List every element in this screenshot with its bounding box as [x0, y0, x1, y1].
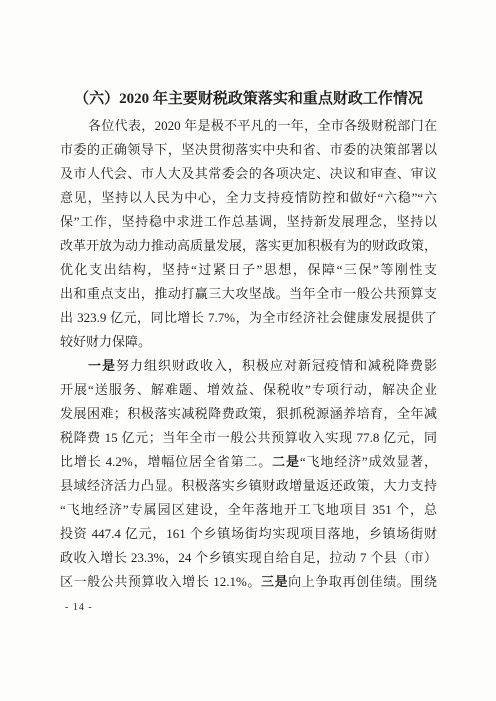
- body-line: 出 323.9 亿元，同比增长 7.7%，为全市经济社会健康发展提供了: [60, 306, 437, 330]
- text-segment: 发展困难；积极落实减税降费政策，狠抓税源涵养培育，全年减: [60, 406, 437, 421]
- bold-marker: 二是: [272, 454, 300, 469]
- page-number: - 14 -: [65, 601, 93, 615]
- body-line: 保”工作，坚持稳中求进工作总基调，坚持新发展理念，坚持以: [60, 210, 437, 234]
- body-line: 投资 447.4 亿元，161 个乡镇场街均实现项目落地，乡镇场街财: [60, 522, 437, 546]
- body-line: 一是努力组织财政收入，积极应对新冠疫情和减税降费影响。: [60, 354, 437, 378]
- body-line: 开展“送服务、解难题、增效益、保税收”专项行动，解决企业: [60, 378, 437, 402]
- text-segment: 保”工作，坚持稳中求进工作总基调，坚持新发展理念，坚持以: [60, 214, 437, 229]
- text-segment: 及市人代会、市人大及其常委会的各项决定、决议和审查、审议: [60, 166, 437, 181]
- body-line: 县域经济活力凸显。积极落实乡镇财政增量返还政策，大力支持: [60, 474, 437, 498]
- text-segment: “飞地经济”专属园区建设，全年落地开工飞地项目 351 个，总: [60, 502, 437, 517]
- text-segment: 努力组织财政收入，积极应对新冠疫情和减税降费影响。: [88, 358, 437, 378]
- body-line: 改革开放为动力推动高质量发展，落实更加积极有为的财政政策，: [60, 234, 437, 258]
- document-title: （六）2020 年主要财税政策落实和重点财政工作情况: [60, 86, 437, 112]
- body-line: 意见，坚持以人民为中心，全力支持疫情防控和做好“六稳”“六: [60, 186, 437, 210]
- body-line: 市委的正确领导下，坚决贯彻落实中央和省、市委的决策部署以: [60, 138, 437, 162]
- body-line: 较好财力保障。: [60, 330, 437, 354]
- body-line: 税降费 15 亿元；当年全市一般公共预算收入实现 77.8 亿元，同: [60, 426, 437, 450]
- text-segment: “飞地经济”成效显著，: [300, 454, 437, 469]
- text-segment: 出和重点支出，推动打赢三大攻坚战。当年全市一般公共预算支: [60, 286, 437, 301]
- body-text: 各位代表，2020 年是极不平凡的一年，全市各级财税部门在市委的正确领导下，坚决…: [60, 114, 437, 594]
- text-segment: 出 323.9 亿元，同比增长 7.7%，为全市经济社会健康发展提供了: [60, 310, 437, 325]
- text-segment: 意见，坚持以人民为中心，全力支持疫情防控和做好“六稳”“六: [60, 190, 437, 205]
- text-segment: 较好财力保障。: [60, 334, 151, 349]
- body-line: 发展困难；积极落实减税降费政策，狠抓税源涵养培育，全年减: [60, 402, 437, 426]
- text-segment: 比增长 4.2%，增幅位居全省第二。: [60, 454, 272, 469]
- text-segment: 优化支出结构，坚持“过紧日子”思想，保障“三保”等刚性支: [60, 262, 437, 277]
- body-line: 区一般公共预算收入增长 12.1%。三是向上争取再创佳绩。围绕: [60, 570, 437, 594]
- text-segment: 区一般公共预算收入增长 12.1%。: [60, 574, 261, 589]
- text-segment: 县域经济活力凸显。积极落实乡镇财政增量返还政策，大力支持: [60, 478, 437, 493]
- text-segment: 向上争取再创佳绩。围绕: [288, 574, 437, 589]
- text-segment: 市委的正确领导下，坚决贯彻落实中央和省、市委的决策部署以: [60, 142, 437, 157]
- body-line: 及市人代会、市人大及其常委会的各项决定、决议和审查、审议: [60, 162, 437, 186]
- text-segment: 投资 447.4 亿元，161 个乡镇场街均实现项目落地，乡镇场街财: [60, 526, 437, 541]
- text-segment: 开展“送服务、解难题、增效益、保税收”专项行动，解决企业: [60, 382, 437, 397]
- body-line: 优化支出结构，坚持“过紧日子”思想，保障“三保”等刚性支: [60, 258, 437, 282]
- body-line: “飞地经济”专属园区建设，全年落地开工飞地项目 351 个，总: [60, 498, 437, 522]
- body-line: 出和重点支出，推动打赢三大攻坚战。当年全市一般公共预算支: [60, 282, 437, 306]
- document-page: （六）2020 年主要财税政策落实和重点财政工作情况 各位代表，2020 年是极…: [0, 0, 496, 701]
- bold-marker: 一是: [88, 358, 116, 373]
- text-segment: 改革开放为动力推动高质量发展，落实更加积极有为的财政政策，: [60, 238, 437, 253]
- text-segment: 各位代表，2020 年是极不平凡的一年，全市各级财税部门在: [88, 118, 437, 133]
- body-line: 各位代表，2020 年是极不平凡的一年，全市各级财税部门在: [60, 114, 437, 138]
- bold-marker: 三是: [261, 574, 288, 589]
- body-line: 政收入增长 23.3%，24 个乡镇实现自给自足，拉动 7 个县（市）: [60, 546, 437, 570]
- text-segment: 税降费 15 亿元；当年全市一般公共预算收入实现 77.8 亿元，同: [60, 430, 437, 445]
- text-segment: 政收入增长 23.3%，24 个乡镇实现自给自足，拉动 7 个县（市）: [60, 550, 437, 565]
- body-line: 比增长 4.2%，增幅位居全省第二。二是“飞地经济”成效显著，: [60, 450, 437, 474]
